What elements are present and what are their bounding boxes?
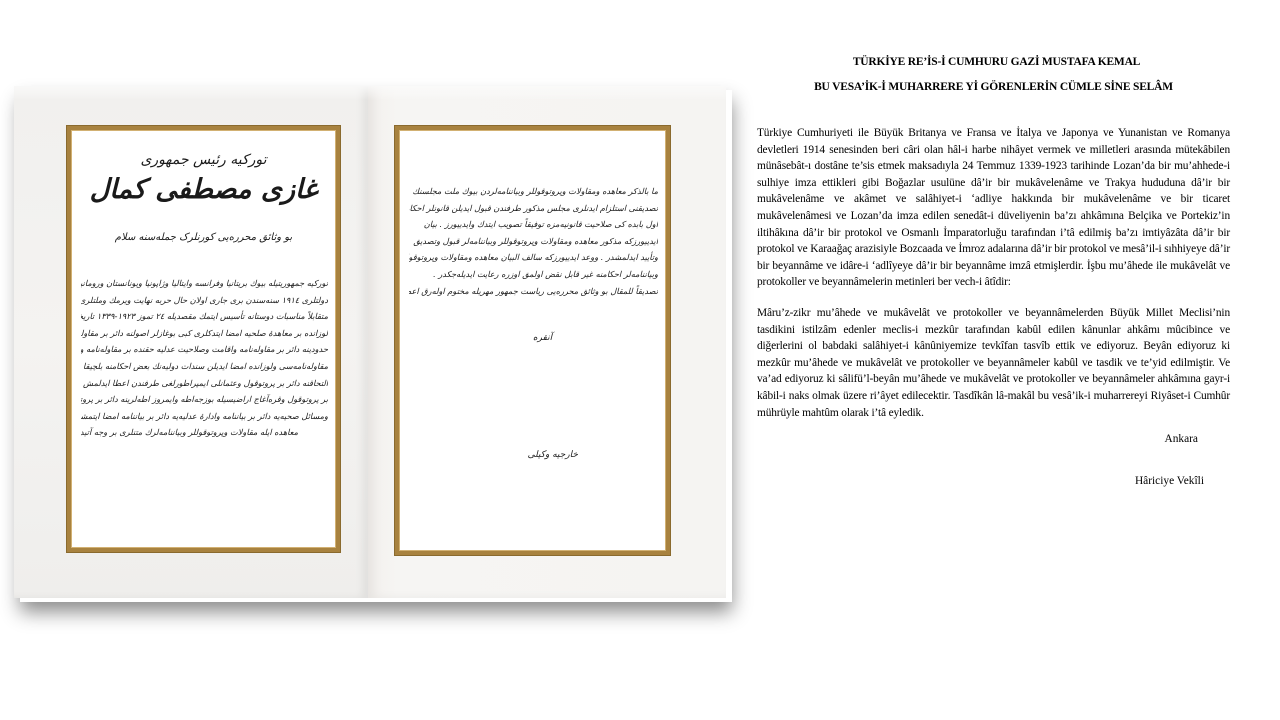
transcription-paragraph-2: Mâru’z-zikr mu’âhede ve mukâvelât ve pro… [757, 305, 1230, 421]
gilded-frame-left: تورکیه رئیس جمهوری غازی مصطفی کمال بو وث… [67, 126, 340, 552]
transcription-signer: Hâriciye Vekîli [757, 475, 1230, 487]
transcription-panel: TÜRKİYE RE’İS-İ CUMHURU GAZİ MUSTAFA KEM… [757, 56, 1230, 487]
ms-line: متقابلاً مناسبات دوستانه تأسیس ایتمك مقص… [81, 308, 328, 325]
ms-line: اول بابده کی صلاحیت قانونیەمزه توفیقاً ت… [409, 216, 658, 233]
manuscript-photo: تورکیه رئیس جمهوری غازی مصطفی کمال بو وث… [14, 86, 726, 598]
manuscript-left-page: تورکیه رئیس جمهوری غازی مصطفی کمال بو وث… [14, 86, 368, 598]
ms-left-body: تورکیه جمهوریتیله بیوك بریتانیا وفرانسه … [81, 275, 328, 441]
ms-line: التحاقنه دائر بر پروتوقول وعثمانلی ایمپر… [81, 375, 328, 392]
ms-line: تورکیه جمهوریتیله بیوك بریتانیا وفرانسه … [81, 275, 328, 292]
transcription-title-line2: BU VESA’İK-İ MUHARRERE Yİ GÖRENLERİN CÜM… [757, 81, 1230, 93]
ms-signature: خارجیه وکیلی [528, 450, 578, 460]
page-top-highlight [368, 86, 726, 100]
ms-line: مقاولەنامەسی ولوزانده امضا ایدیلن سندات … [81, 358, 328, 375]
page-top-highlight [14, 86, 368, 100]
ms-line: معاهده ایله مقاولات وپروتوقوللر وبیاننام… [81, 424, 328, 441]
transcription-paragraph-1: Türkiye Cumhuriyeti ile Büyük Britanya v… [757, 125, 1230, 291]
gilded-frame-right: ما بالذکر معاهده ومقاولات وپروتوقوللر وب… [395, 126, 670, 555]
ms-heading-greeting: بو وثائق محررەیی کورنلرک جملەسنه سلام [71, 232, 336, 243]
ms-heading-name: غازی مصطفی کمال [71, 174, 336, 205]
transcription-place: Ankara [757, 433, 1230, 445]
ms-line: ایدییورزکه مذکور معاهده ومقاولات وپروتوق… [409, 233, 658, 250]
manuscript-right-page: ما بالذکر معاهده ومقاولات وپروتوقوللر وب… [368, 86, 726, 598]
ms-line: تصدیقنی استلزام ایدنلری مجلس مذکور طرفند… [409, 200, 658, 217]
ms-right-body: ما بالذکر معاهده ومقاولات وپروتوقوللر وب… [409, 183, 658, 299]
ms-line: ومسائل صحیەیه دائر بر بیاننامه وادارۀ عد… [81, 408, 328, 425]
ms-line: بر پروتوقول وقرەآغاج اراضیسیله بوزجەاطه … [81, 391, 328, 408]
ms-line: حدودینه دائر بر مقاولەنامه واقامت وصلاحی… [81, 341, 328, 358]
ms-line: لوزانده بر معاهدۀ صلحیه امضا ایتدکلری کب… [81, 325, 328, 342]
transcription-title-line1: TÜRKİYE RE’İS-İ CUMHURU GAZİ MUSTAFA KEM… [763, 56, 1230, 68]
ms-place: آنقره [399, 333, 666, 343]
ms-line: وتأیید ایدلمشدر . ووعد ایدییورزکه سالف ا… [409, 249, 658, 266]
ms-line: وبیاننامەلر احکامنه غیر قابل نقض اولمق ا… [409, 266, 658, 283]
ms-heading-title: تورکیه رئیس جمهوری [71, 152, 336, 168]
ms-line: دولتلری ١٩١٤ سنەسندن بری جاری اولان حال … [81, 292, 328, 309]
ms-line: تصدیقاً للمقال بو وثائق محررەیی ریاست جم… [409, 283, 658, 300]
ms-line: ما بالذکر معاهده ومقاولات وپروتوقوللر وب… [409, 183, 658, 200]
